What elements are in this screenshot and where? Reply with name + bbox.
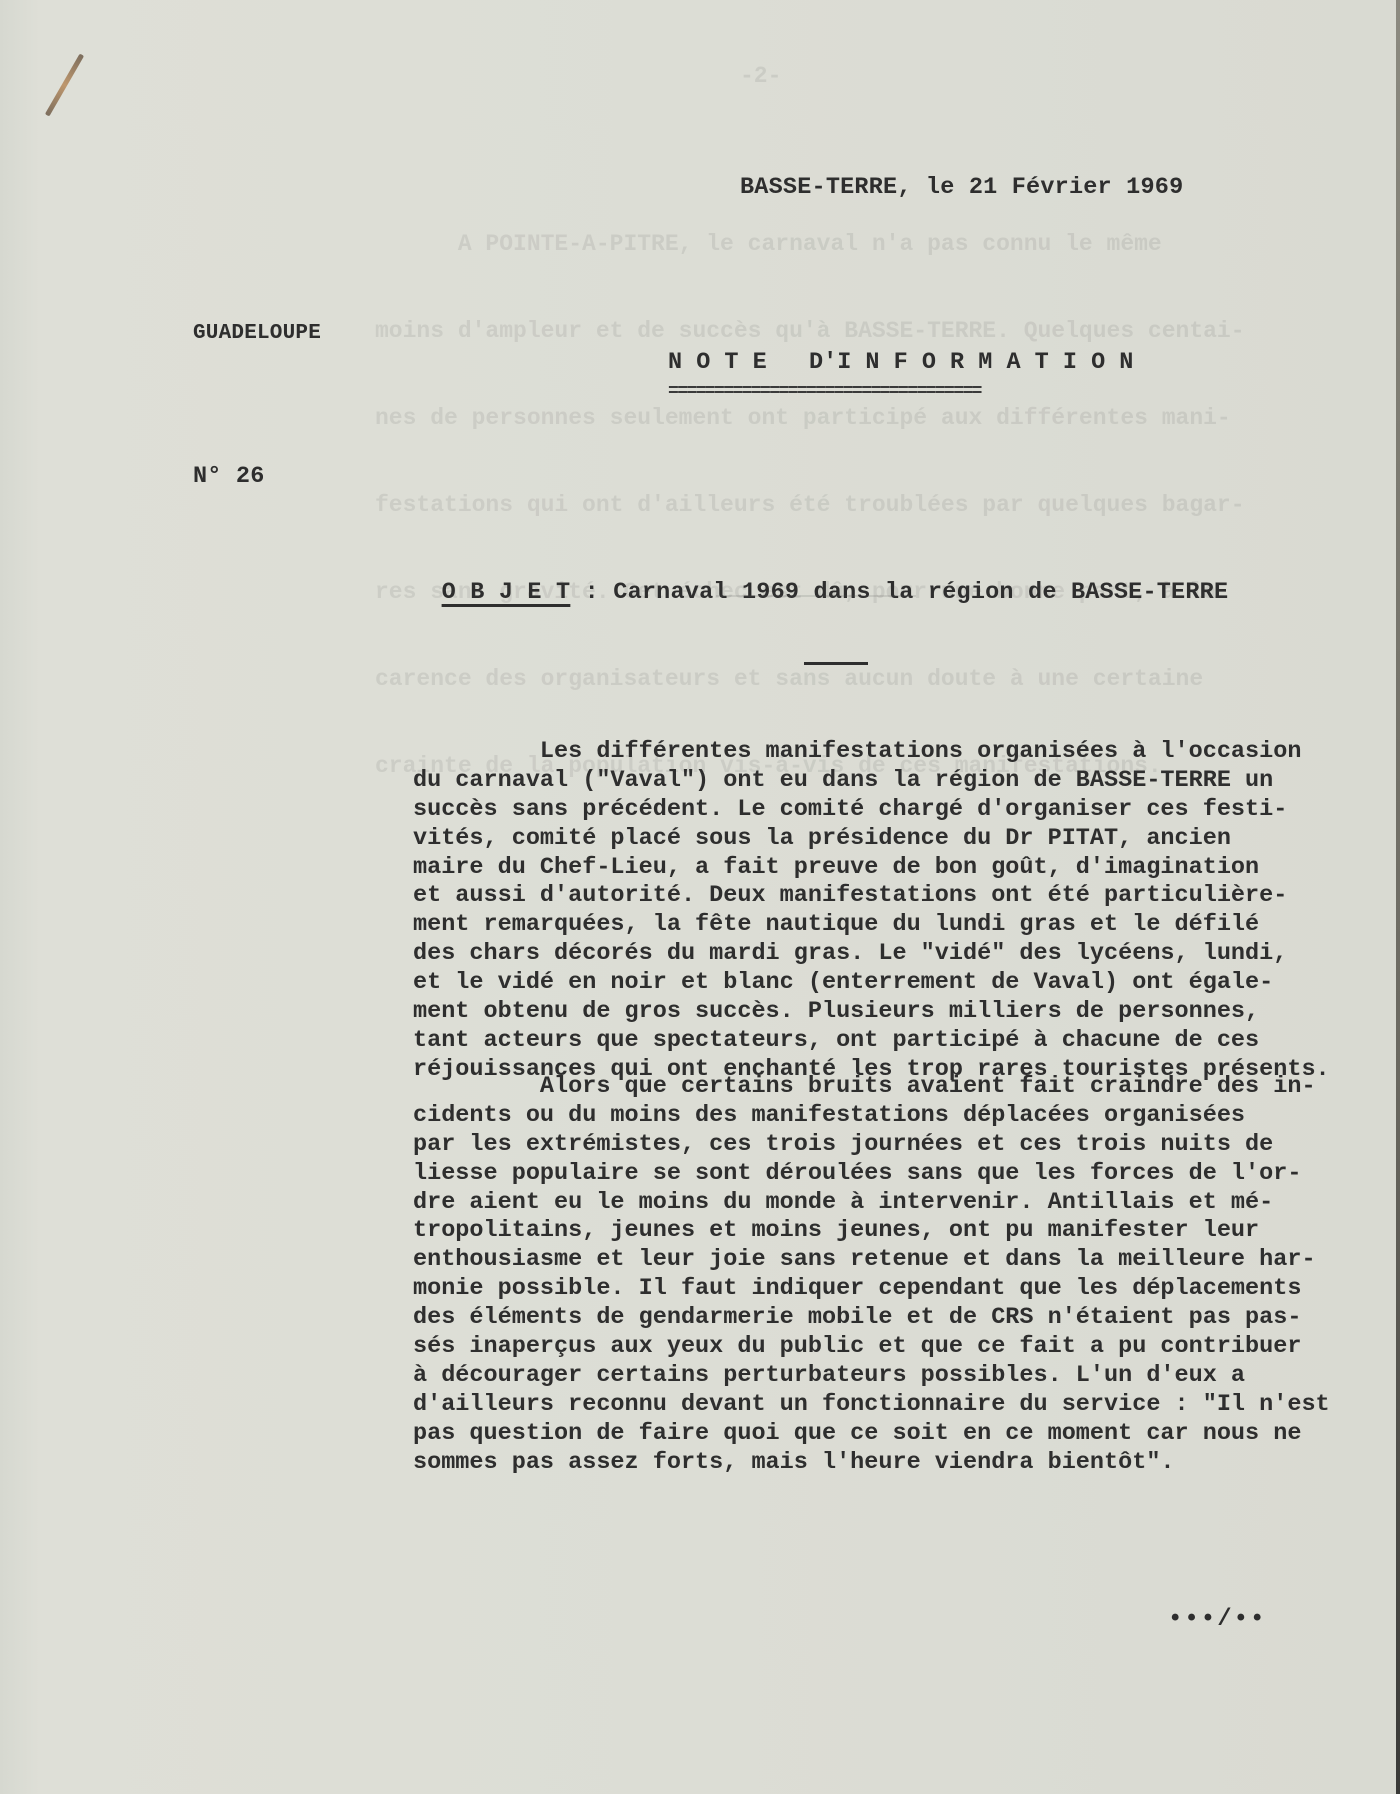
paragraph-line: des éléments de gendarmerie mobile et de… — [413, 1304, 1393, 1333]
paragraph-line: pas question de faire quoi que ce soit e… — [413, 1420, 1393, 1449]
document-number: N° 26 — [193, 463, 265, 490]
paragraph-line: liesse populaire se sont déroulées sans … — [413, 1160, 1393, 1189]
faint-underline — [716, 595, 916, 597]
paragraph-line: maire du Chef-Lieu, a fait preuve de bon… — [413, 854, 1393, 883]
date-line: BASSE-TERRE, le 21 Février 1969 — [740, 174, 1183, 201]
paragraph-2: Alors que certains bruits avaient fait c… — [413, 1073, 1393, 1477]
region-heading: GUADELOUPE — [193, 322, 321, 345]
paragraph-line: ment obtenu de gros succès. Plusieurs mi… — [413, 998, 1393, 1027]
paragraph-line: à décourager certains perturbateurs poss… — [413, 1362, 1393, 1391]
subject-text: Carnaval 1969 dans la région de BASSE-TE… — [613, 579, 1228, 606]
paragraph-line: Alors que certains bruits avaient fait c… — [413, 1073, 1393, 1102]
paragraph-line: ment remarquées, la fête nautique du lun… — [413, 911, 1393, 940]
paragraph-line: tant acteurs que spectateurs, ont partic… — [413, 1027, 1393, 1056]
paragraph-line: tropolitains, jeunes et moins jeunes, on… — [413, 1217, 1393, 1246]
document-title: N O T E D'I N F O R M A T I O N — [668, 349, 1133, 376]
paragraph-1: Les différentes manifestations organisée… — [413, 738, 1393, 1085]
paragraph-line: Les différentes manifestations organisée… — [413, 738, 1393, 767]
paragraph-line: monie possible. Il faut indiquer cependa… — [413, 1275, 1393, 1304]
subject-label: O B J E T — [442, 579, 571, 606]
paragraph-line: d'ailleurs reconnu devant un fonctionnai… — [413, 1391, 1393, 1420]
paragraph-line: succès sans précédent. Le comité chargé … — [413, 796, 1393, 825]
paragraph-line: cidents ou du moins des manifestations d… — [413, 1102, 1393, 1131]
subject-separator: : — [570, 579, 613, 606]
paragraph-line: enthousiasme et leur joie sans retenue e… — [413, 1246, 1393, 1275]
continuation-marker: •••/•• — [1168, 1606, 1266, 1633]
section-divider-dash — [804, 662, 868, 665]
title-underline-rule: ================================== — [668, 382, 981, 402]
paragraph-line: du carnaval ("Vaval") ont eu dans la rég… — [413, 767, 1393, 796]
subject-line: O B J E T : Carnaval 1969 dans la région… — [413, 552, 1228, 606]
paragraph-line: des chars décorés du mardi gras. Le "vid… — [413, 940, 1393, 969]
paragraph-line: sés inaperçus aux yeux du public et que … — [413, 1333, 1393, 1362]
paragraph-line: et aussi d'autorité. Deux manifestations… — [413, 882, 1393, 911]
paragraph-line: dre aient eu le moins du monde à interve… — [413, 1189, 1393, 1218]
page-edge-shadow — [1396, 0, 1400, 1794]
paragraph-line: sommes pas assez forts, mais l'heure vie… — [413, 1449, 1393, 1478]
paragraph-line: par les extrémistes, ces trois journées … — [413, 1131, 1393, 1160]
paragraph-line: vités, comité placé sous la présidence d… — [413, 825, 1393, 854]
paragraph-line: et le vidé en noir et blanc (enterrement… — [413, 969, 1393, 998]
